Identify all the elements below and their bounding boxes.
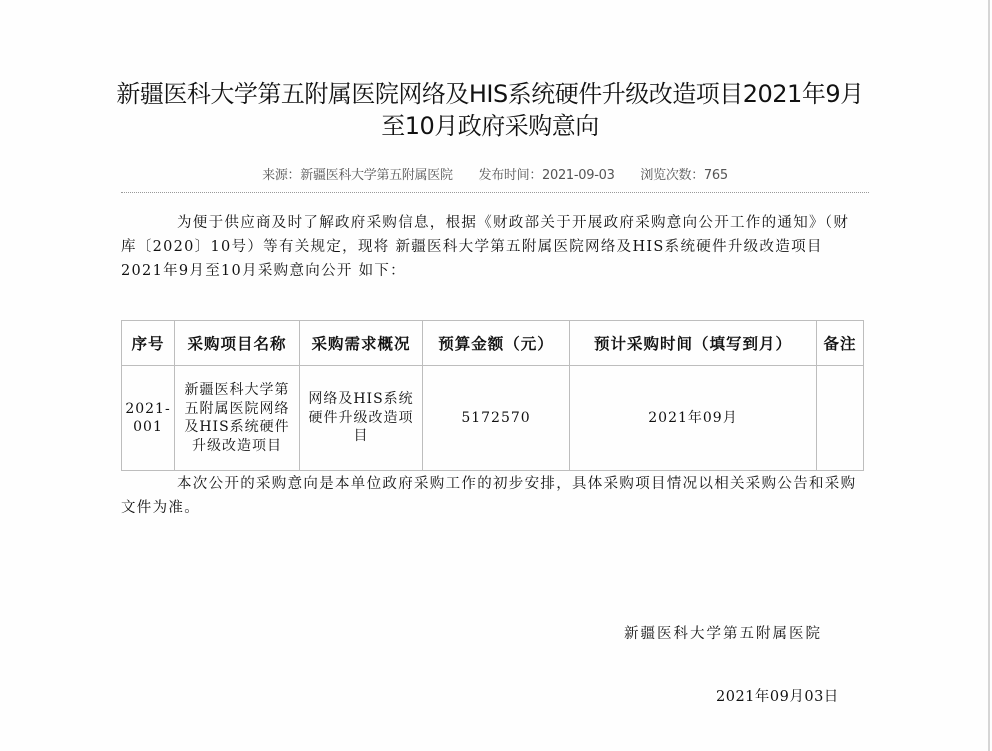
meta-view-count: 浏览次数：765 (640, 168, 727, 183)
intro-paragraph: 为便于供应商及时了解政府采购信息，根据《财政部关于开展政府采购意向公开工作的通知… (121, 211, 861, 283)
closing-paragraph: 本次公开的采购意向是本单位政府采购工作的初步安排，具体采购项目情况以相关采购公告… (121, 472, 861, 520)
article-meta: 来源：新疆医科大学第五附属医院 发布时间：2021-09-03 浏览次数：765 (121, 164, 869, 183)
meta-source: 来源：新疆医科大学第五附属医院 (262, 168, 453, 183)
procurement-intent-table: 序号 采购项目名称 采购需求概况 预算金额（元） 预计采购时间（填写到月） 备注… (121, 320, 864, 471)
header-serial: 序号 (122, 321, 175, 366)
cell-planned-time: 2021年09月 (570, 366, 817, 471)
cell-requirement: 网络及HIS系统硬件升级改造项目 (300, 366, 423, 471)
window-edge-divider (988, 0, 990, 751)
signature-date: 2021年09月03日 (716, 685, 839, 706)
cell-budget: 5172570 (423, 366, 570, 471)
cell-project-name: 新疆医科大学第五附属医院网络及HIS系统硬件升级改造项目 (175, 366, 300, 471)
signature-organization: 新疆医科大学第五附属医院 (624, 622, 822, 643)
meta-divider (121, 192, 869, 193)
table-header-row: 序号 采购项目名称 采购需求概况 预算金额（元） 预计采购时间（填写到月） 备注 (122, 321, 864, 366)
header-budget: 预算金额（元） (423, 321, 570, 366)
cell-remark (817, 366, 864, 471)
table-row: 2021-001 新疆医科大学第五附属医院网络及HIS系统硬件升级改造项目 网络… (122, 366, 864, 471)
header-remark: 备注 (817, 321, 864, 366)
cell-serial: 2021-001 (122, 366, 175, 471)
header-project-name: 采购项目名称 (175, 321, 300, 366)
meta-publish-time: 发布时间：2021-09-03 (479, 168, 615, 183)
header-requirement: 采购需求概况 (300, 321, 423, 366)
header-planned-time: 预计采购时间（填写到月） (570, 321, 817, 366)
page-title: 新疆医科大学第五附属医院网络及HIS系统硬件升级改造项目2021年9月至10月政… (110, 78, 870, 142)
